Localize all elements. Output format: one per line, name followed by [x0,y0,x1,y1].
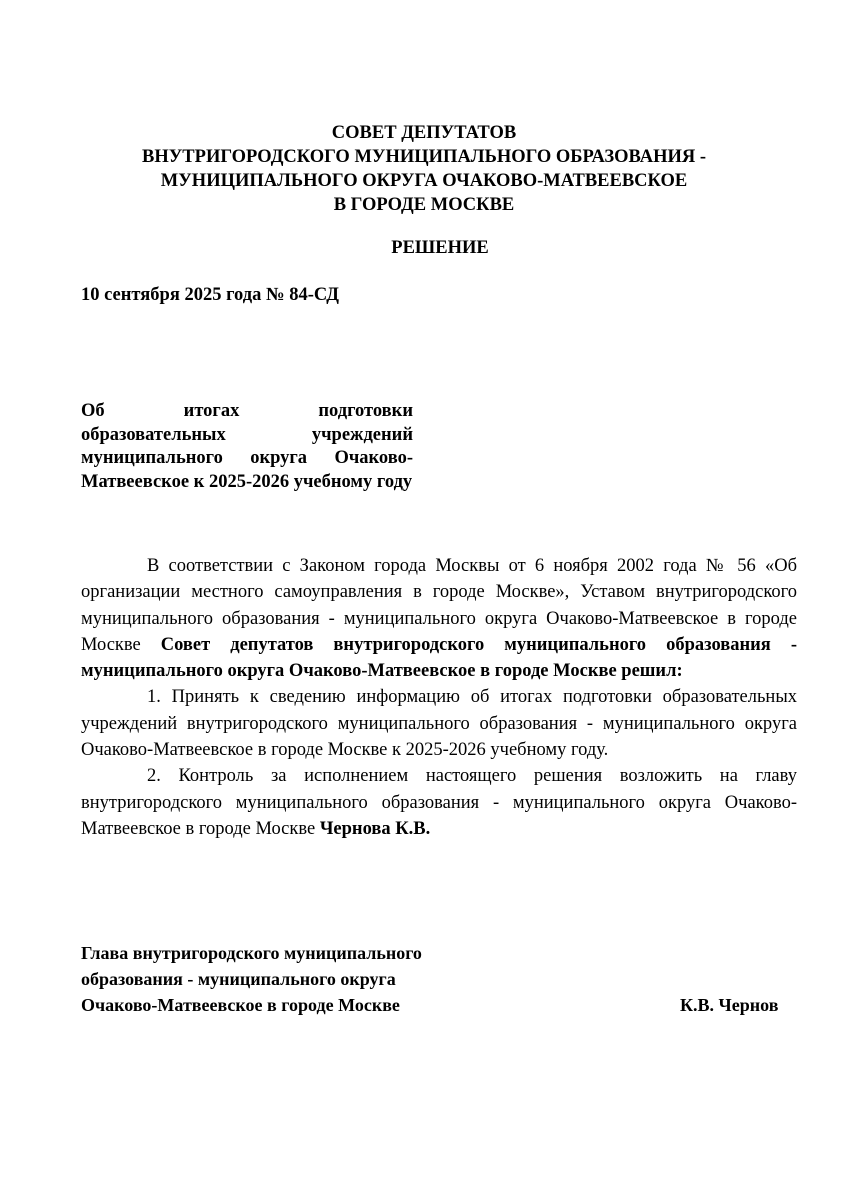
header-line-4: В ГОРОДЕ МОСКВЕ [0,193,848,217]
signer-name: К.В. Чернов [680,992,778,1018]
item-2: 2. Контроль за исполнением настоящего ре… [81,763,797,842]
document-page: СОВЕТ ДЕПУТАТОВ ВНУТРИГОРОДСКОГО МУНИЦИП… [0,0,848,1200]
preamble: В соответствии с Законом города Москвы о… [81,553,797,684]
document-type: РЕШЕНИЕ [0,236,848,260]
item-1: 1. Принять к сведению информацию об итог… [81,684,797,763]
decision-subject: Об итогах подготовки образовательных учр… [81,400,413,494]
date-number: 10 сентября 2025 года № 84-СД [81,283,339,307]
decision-body: В соответствии с Законом города Москвы о… [81,553,797,842]
header-line-3: МУНИЦИПАЛЬНОГО ОКРУГА ОЧАКОВО-МАТВЕЕВСКО… [0,169,848,193]
item-2-text: 2. Контроль за исполнением настоящего ре… [81,766,797,839]
signature-line-2: образования - муниципального округа [81,966,422,992]
signature-title: Глава внутригородского муниципального об… [81,940,422,1018]
council-header: СОВЕТ ДЕПУТАТОВ ВНУТРИГОРОДСКОГО МУНИЦИП… [0,121,848,217]
header-line-2: ВНУТРИГОРОДСКОГО МУНИЦИПАЛЬНОГО ОБРАЗОВА… [0,145,848,169]
signature-line-1: Глава внутригородского муниципального [81,940,422,966]
signature-line-3: Очаково-Матвеевское в городе Москве [81,992,422,1018]
preamble-resolution: Совет депутатов внутригородского муницип… [81,635,797,681]
header-line-1: СОВЕТ ДЕПУТАТОВ [0,121,848,145]
item-2-responsible: Чернова К.В. [320,819,430,839]
